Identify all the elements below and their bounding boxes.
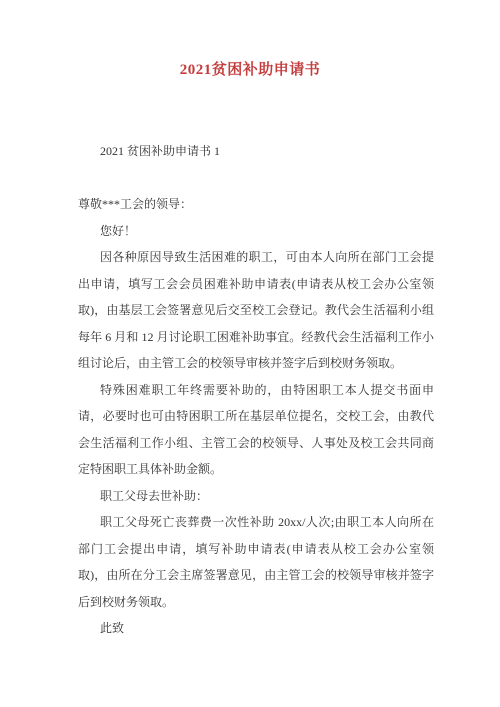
- paragraph-line: 取)，由基层工会签署意见后交至校工会登记。教代会生活福利小组: [78, 297, 434, 324]
- document-title: 2021贫困补助申请书: [0, 58, 500, 82]
- paragraph-line: 请，必要时也可由特困职工所在基层单位提名，交校工会，由教代: [78, 403, 434, 430]
- greeting-line: 您好！: [78, 218, 434, 245]
- paragraph-line: 取)，由所在分工会主席签署意见，由主管工会的校领导审核并签字: [78, 562, 434, 589]
- subheading-line: 职工父母去世补助：: [78, 483, 434, 510]
- document-subtitle: 2021 贫困补助申请书 1: [78, 138, 434, 165]
- paragraph-line: 后到校财务领取。: [78, 589, 434, 616]
- paragraph-line: 因各种原因导致生活困难的职工，可由本人向所在部门工会提: [78, 244, 434, 271]
- paragraph-line: 职工父母死亡丧葬费一次性补助 20xx/人次;由职工本人向所在: [78, 509, 434, 536]
- paragraph-line: 部门工会提出申请，填写补助申请表(申请表从校工会办公室领: [78, 536, 434, 563]
- paragraph-line: 特殊困难职工年终需要补助的，由特困职工本人提交书面申: [78, 377, 434, 404]
- salutation-line: 尊敬***工会的领导：: [78, 191, 434, 218]
- paragraph-line: 出申请，填写工会会员困难补助申请表(申请表从校工会办公室领: [78, 271, 434, 298]
- paragraph-line: 定特困职工具体补助金额。: [78, 456, 434, 483]
- document-page: 2021贫困补助申请书 2021 贫困补助申请书 1 尊敬***工会的领导： 您…: [0, 0, 500, 707]
- paragraph-line: 组讨论后，由主管工会的校领导审核并签字后到校财务领取。: [78, 350, 434, 377]
- paragraph-line: 会生活福利工作小组、主管工会的校领导、人事处及校工会共同商: [78, 430, 434, 457]
- paragraph-line: 每年 6 月和 12 月讨论职工困难补助事宜。经教代会生活福利工作小: [78, 324, 434, 351]
- closing-line: 此致: [78, 615, 434, 642]
- document-body: 2021 贫困补助申请书 1 尊敬***工会的领导： 您好！ 因各种原因导致生活…: [78, 138, 434, 642]
